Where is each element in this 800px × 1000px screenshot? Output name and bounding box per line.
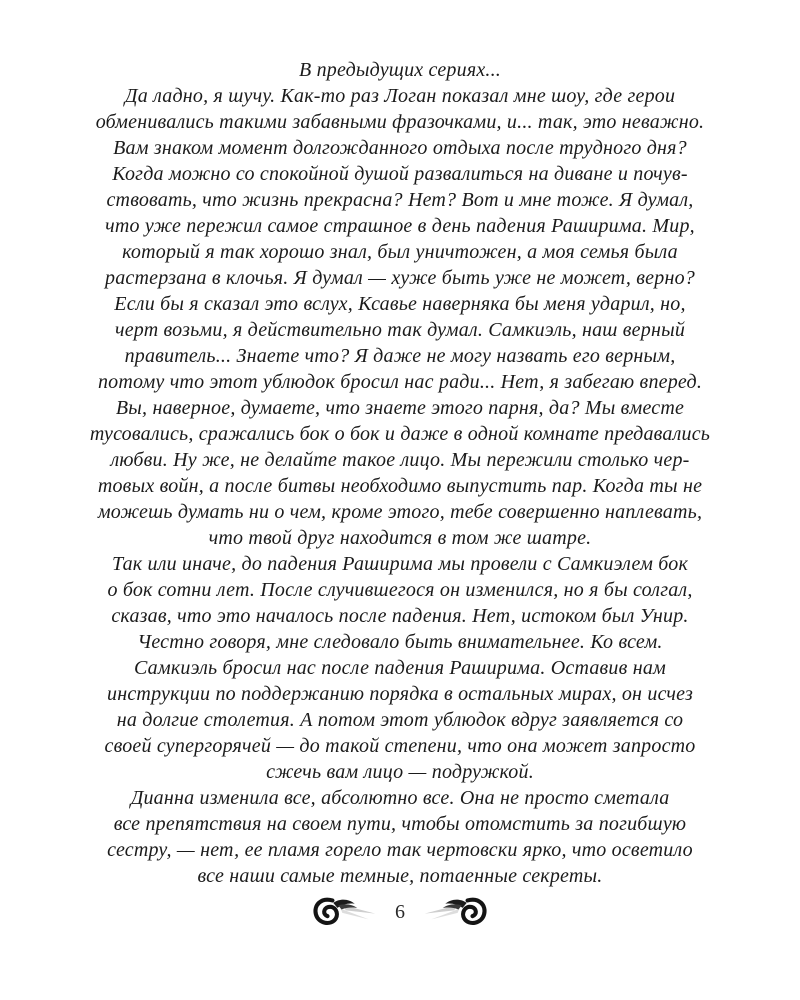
text-line: правитель... Знаете что? Я даже не могу … bbox=[50, 343, 750, 369]
text-line: тусовались, сражались бок о бок и даже в… bbox=[50, 421, 750, 447]
text-line: что твой друг находится в том же шатре. bbox=[50, 525, 750, 551]
text-line: можешь думать ни о чем, кроме этого, теб… bbox=[50, 499, 750, 525]
text-line: инструкции по поддержанию порядка в оста… bbox=[50, 681, 750, 707]
text-line: Честно говоря, мне следовало быть внимат… bbox=[50, 629, 750, 655]
text-line: своей супергорячей — до такой степени, ч… bbox=[50, 733, 750, 759]
book-page: В предыдущих сериях... Да ладно, я шучу.… bbox=[0, 0, 800, 1000]
text-line: ствовать, что жизнь прекрасна? Нет? Вот … bbox=[50, 187, 750, 213]
text-line: все наши самые темные, потаенные секреты… bbox=[50, 863, 750, 889]
text-line: Если бы я сказал это вслух, Ксавье навер… bbox=[50, 291, 750, 317]
text-line: который я так хорошо знал, был уничтожен… bbox=[50, 239, 750, 265]
text-line: сказав, что это началось после падения. … bbox=[50, 603, 750, 629]
page-footer: 6 bbox=[0, 893, 800, 931]
text-line: Дианна изменила все, абсолютно все. Она … bbox=[50, 785, 750, 811]
text-line: на долгие столетия. А потом этот ублюдок… bbox=[50, 707, 750, 733]
text-line: Когда можно со спокойной душой развалить… bbox=[50, 161, 750, 187]
text-line: любви. Ну же, не делайте такое лицо. Мы … bbox=[50, 447, 750, 473]
text-line: все препятствия на своем пути, чтобы ото… bbox=[50, 811, 750, 837]
flourish-right-icon bbox=[423, 893, 489, 931]
text-line: обменивались такими забавными фразочками… bbox=[50, 109, 750, 135]
text-line: товых войн, а после битвы необходимо вып… bbox=[50, 473, 750, 499]
text-line: что уже пережил самое страшное в день па… bbox=[50, 213, 750, 239]
text-line: Так или иначе, до падения Раширима мы пр… bbox=[50, 551, 750, 577]
text-line: потому что этот ублюдок бросил нас ради.… bbox=[50, 369, 750, 395]
flourish-left-icon bbox=[311, 893, 377, 931]
text-line: черт возьми, я действительно так думал. … bbox=[50, 317, 750, 343]
text-line: о бок сотни лет. После случившегося он и… bbox=[50, 577, 750, 603]
text-line: Самкиэль бросил нас после падения Рашири… bbox=[50, 655, 750, 681]
text-line: сестру, — нет, ее пламя горело так черто… bbox=[50, 837, 750, 863]
text-line: Вы, наверное, думаете, что знаете этого … bbox=[50, 395, 750, 421]
recap-heading: В предыдущих сериях... bbox=[50, 57, 750, 83]
page-number: 6 bbox=[393, 902, 407, 922]
text-block: В предыдущих сериях... Да ладно, я шучу.… bbox=[50, 57, 750, 889]
text-line: сжечь вам лицо — подружкой. bbox=[50, 759, 750, 785]
text-line: Да ладно, я шучу. Как-то раз Логан показ… bbox=[50, 83, 750, 109]
text-line: растерзана в клочья. Я думал — хуже быть… bbox=[50, 265, 750, 291]
text-line: Вам знаком момент долгожданного отдыха п… bbox=[50, 135, 750, 161]
